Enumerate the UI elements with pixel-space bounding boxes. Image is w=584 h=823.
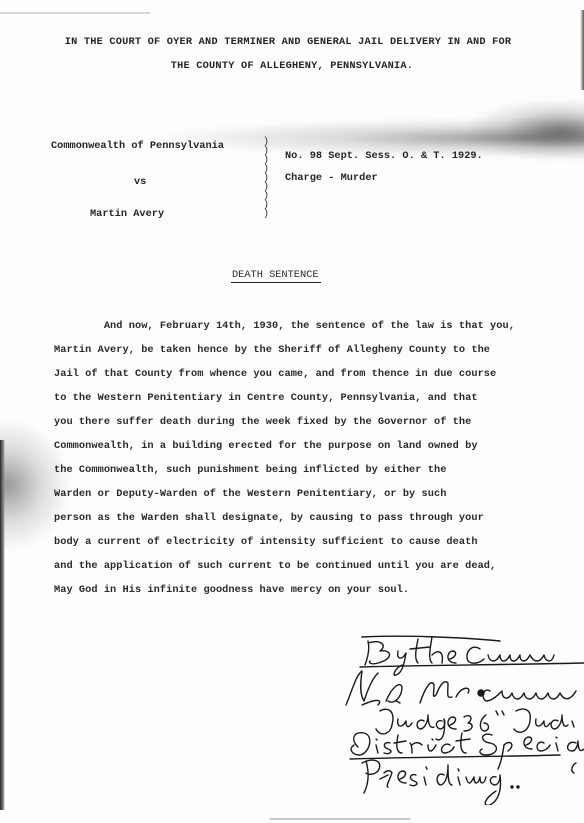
body-line: person as the Warden shall designate, by… — [54, 512, 484, 524]
body-line: Jail of that County from whence you came… — [54, 368, 496, 380]
scan-artifact-left-edge — [0, 440, 5, 810]
body-line: Commonwealth, in a building erected for … — [54, 440, 478, 452]
body-line: body a current of electricity of intensi… — [54, 536, 478, 548]
court-heading-line-1: IN THE COURT OF OYER AND TERMINER AND GE… — [0, 36, 580, 48]
handwritten-signature — [340, 635, 584, 805]
court-heading-line-2: THE COUNTY OF ALLEGHENY, PENNSYLVANIA. — [0, 60, 584, 72]
scan-smudge — [470, 100, 584, 160]
scan-artifact-right-edge — [580, 10, 584, 90]
body-line: May God in His infinite goodness have me… — [54, 584, 409, 596]
body-line: And now, February 14th, 1930, the senten… — [54, 320, 515, 332]
body-line: to the Western Penitentiary in Centre Co… — [54, 392, 478, 404]
caption-brace: ) ) ) ) ) ) ) ) ) — [263, 138, 269, 219]
charge: Charge - Murder — [285, 172, 378, 184]
scan-artifact-bottom — [270, 818, 410, 820]
scan-artifact-top — [0, 12, 150, 14]
caption-plaintiff: Commonwealth of Pennsylvania — [51, 140, 224, 152]
caption-versus: vs — [134, 176, 146, 188]
case-number: No. 98 Sept. Sess. O. & T. 1929. — [285, 150, 483, 162]
body-line: Warden or Deputy-Warden of the Western P… — [54, 488, 446, 500]
body-line: you there suffer death during the week f… — [54, 416, 471, 428]
document-title: DEATH SENTENCE — [231, 269, 321, 283]
document-page: IN THE COURT OF OYER AND TERMINER AND GE… — [0, 0, 584, 823]
body-line: the Commonwealth, such punishment being … — [54, 464, 446, 476]
body-line: Martin Avery, be taken hence by the Sher… — [54, 344, 490, 356]
caption-defendant: Martin Avery — [90, 208, 164, 220]
body-line: and the application of such current to b… — [54, 560, 496, 572]
